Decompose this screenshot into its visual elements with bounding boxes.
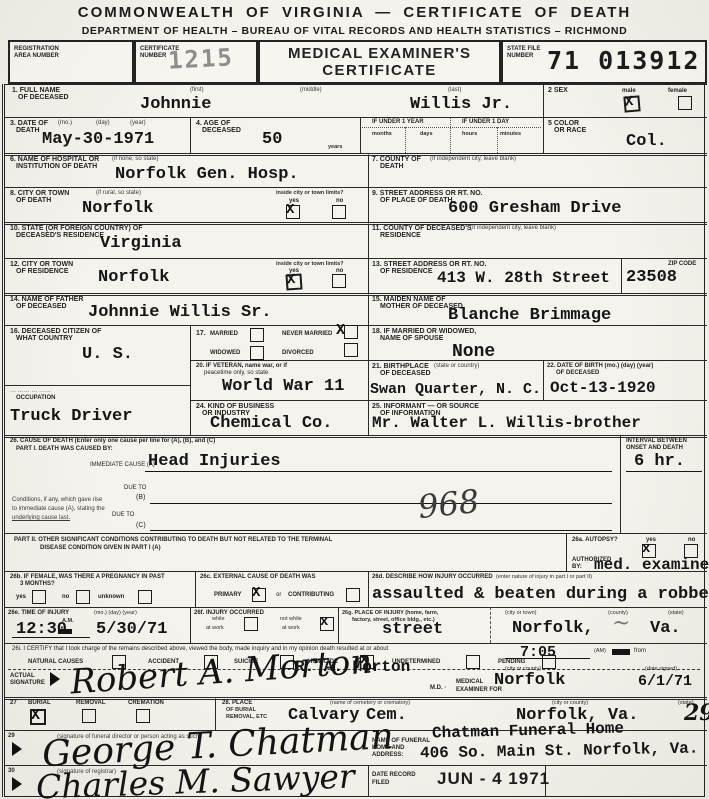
authorized-by-value: med. examiner (594, 556, 709, 574)
date-filed-label2: FILED (372, 780, 389, 786)
state-file-label: STATE FILE (507, 46, 540, 52)
business-label: 24. KIND OF BUSINESS (196, 403, 274, 410)
funeral-home-label3: ADDRESS: (372, 752, 403, 758)
primary-checkbox: X (252, 588, 266, 602)
informant-value: Mr. Walter L. Willis-brother (372, 414, 641, 432)
hospital-label: 6. NAME OF HOSPITAL OR (10, 156, 99, 163)
interval-line (626, 471, 702, 472)
hours-label: hours (462, 131, 477, 137)
burial-checkbox: X (30, 709, 46, 725)
spouse-value: None (452, 342, 495, 362)
removal-label: REMOVAL (76, 700, 106, 706)
registrar-number: 30 (8, 768, 15, 774)
date-signed-hint: (date signed) (645, 666, 677, 672)
registrar-arrow-icon (12, 777, 22, 791)
state-residence-label: 10. STATE (OR FOREIGN COUNTRY) OF (10, 225, 142, 232)
street-death-value: 600 Gresham Drive (448, 199, 621, 218)
time-ampm: A.M. (62, 618, 74, 624)
handwritten-968: 968 (416, 482, 481, 526)
last-hint: (last) (448, 87, 461, 93)
county-residence-label: 11. COUNTY OF DECEASED'S (372, 225, 472, 232)
city-death-limits-label: inside city or town limits? (276, 190, 344, 196)
female-label: female (668, 88, 687, 94)
how-injury-hint: (enter nature of injury in part I or par… (496, 574, 592, 580)
part2-label2: DISEASE CONDITION GIVEN IN PART I (A) (40, 545, 161, 551)
age-unit-label: years (328, 144, 342, 150)
county-death-label2: DEATH (380, 163, 404, 170)
last-name-value: Willis Jr. (410, 95, 512, 114)
part1-label: PART I. DEATH WAS CAUSED BY: (16, 446, 113, 452)
interval-label: INTERVAL BETWEEN (626, 438, 687, 444)
informant-label: 25. INFORMANT — OR SOURCE (372, 403, 479, 410)
autopsy-no-label: no (688, 537, 695, 543)
conditions-text-3: underlying cause last. (12, 515, 70, 521)
zip-value: 23508 (626, 268, 677, 287)
death-certificate-document: COMMONWEALTH OF VIRGINIA — CERTIFICATE O… (0, 0, 709, 799)
married-checkbox (250, 328, 264, 342)
date-of-birth-value: Oct-13-1920 (550, 379, 656, 397)
occupation-value: Truck Driver (10, 407, 132, 426)
father-value: Johnnie Willis Sr. (88, 303, 272, 322)
pending-label: PENDING (498, 659, 525, 665)
injury-county-squiggle: ~ (612, 611, 630, 636)
hours-minutes-divider (497, 127, 498, 153)
place-of-injury-label: 26g. PLACE OF INJURY (home, farm, (342, 610, 438, 616)
interval-value: 6 hr. (634, 452, 685, 471)
full-name-label2: OF DECEASED (18, 94, 69, 101)
hospital-value: Norfolk Gen. Hosp. (115, 165, 299, 184)
time-of-injury-hint: (mo.) (day) (year) (94, 610, 137, 616)
date-signed-value: 6/1/71 (638, 673, 692, 690)
citizen-value: U. S. (82, 345, 133, 364)
married-label: MARRIED (210, 331, 238, 337)
cremation-checkbox (136, 709, 150, 723)
page-title: COMMONWEALTH OF VIRGINIA — CERTIFICATE O… (0, 4, 709, 21)
cremation-label: CREMATION (128, 700, 164, 706)
interval-column-rule (620, 435, 621, 533)
funeral-director-arrow-icon (12, 742, 22, 756)
immediate-cause-label: IMMEDIATE CAUSE (A) (90, 462, 155, 468)
how-injury-label: 26d. DESCRIBE HOW INJURY OCCURRED (372, 574, 493, 580)
age-label: 4. AGE OF (196, 120, 230, 127)
veteran-label: 20. IF VETERAN, name war, or if (196, 363, 287, 369)
conditions-text-2: to immediate cause (A), stating the (12, 506, 105, 512)
city-death-yes-checkbox: X (286, 205, 300, 219)
age-label2: DECEASED (202, 127, 241, 134)
form-title-line1: MEDICAL EXAMINER'S (258, 45, 501, 62)
not-at-work-checkbox: x (320, 617, 334, 631)
city-residence-label: 12. CITY OR TOWN (10, 261, 73, 268)
place-of-burial-label3: REMOVAL, ETC (226, 714, 267, 720)
form-title-line2: CERTIFICATE (258, 62, 501, 79)
primary-label: PRIMARY (214, 592, 241, 598)
birthplace-value: Swan Quarter, N. C. (370, 381, 541, 398)
place-of-burial-label: 28. PLACE (222, 700, 252, 706)
under-day-label: IF UNDER 1 DAY (462, 119, 509, 125)
first-name-value: Johnnie (140, 95, 211, 114)
injury-state-value: Va. (650, 619, 681, 638)
widowed-label: WIDOWED (210, 350, 240, 356)
date-of-death-label: 3. DATE OF (10, 120, 48, 127)
pregnancy-no-label: no (62, 594, 69, 600)
autopsy-label: 26a. AUTOPSY? (572, 537, 618, 543)
external-cause-label: 26c. EXTERNAL CAUSE OF DEATH WAS (200, 574, 315, 580)
street-residence-label2: OF RESIDENCE (380, 268, 433, 275)
dod-year-hint: (year) (130, 120, 146, 126)
marital-number: 17. (196, 330, 206, 337)
zip-label: ZIP CODE (668, 261, 696, 267)
county-death-label: 7. COUNTY OF (372, 156, 421, 163)
injury-state-hint: (state) (668, 610, 684, 616)
pregnancy-label: 26b. IF FEMALE, WAS THERE A PREGNANCY IN… (10, 574, 165, 580)
birthplace-hint: (state or country) (434, 363, 479, 369)
county-residence-label2: RESIDENCE (380, 232, 421, 239)
pregnancy-unknown-checkbox (138, 590, 152, 604)
city-residence-no-checkbox (332, 274, 346, 288)
pregnancy-yes-checkbox (32, 590, 46, 604)
state-residence-label2: DECEASED'S RESIDENCE (16, 232, 104, 239)
funeral-home-label: NAME OF FUNERAL (372, 738, 430, 744)
city-residence-yes-mark: X (286, 272, 296, 289)
city-death-label2: OF DEATH (16, 197, 51, 204)
cause-a-line (145, 471, 612, 472)
dod-day-hint: (day) (96, 120, 110, 126)
place-of-injury-value: street (382, 620, 443, 639)
veteran-label2: peacetime only, so state (204, 370, 268, 376)
signature-arrow-icon (50, 672, 60, 686)
contributing-checkbox (346, 588, 360, 602)
city-residence-limits-label: inside city or town limits? (276, 261, 344, 267)
state-residence-value: Virginia (100, 234, 182, 253)
date-of-birth-label: 22. DATE OF BIRTH (mo.) (day) (year) (547, 363, 653, 369)
while-at-work-label: at work (206, 625, 224, 631)
cause-c-label: (C) (136, 522, 146, 529)
spouse-label: 18. IF MARRIED OR WIDOWED, (372, 328, 476, 335)
male-check-mark: X (624, 94, 634, 111)
actual-signature-label2: SIGNATURE (10, 680, 45, 686)
days-label: days (420, 131, 433, 137)
city-death-label: 8. CITY OR TOWN (10, 190, 69, 197)
primary-mark: X (252, 585, 260, 601)
while-label: while (212, 616, 225, 622)
under-year-label: IF UNDER 1 YEAR (372, 119, 424, 125)
md-label: M.D. · (430, 685, 446, 691)
minutes-label: minutes (500, 131, 521, 137)
date-of-death-label2: DEATH (16, 127, 40, 134)
street-residence-label: 13. STREET ADDRESS OR RT. NO. (372, 261, 486, 268)
occupation-faint-text: … …… … …… (10, 388, 51, 394)
pregnancy-no-checkbox (76, 590, 90, 604)
year-day-divider (450, 118, 451, 153)
county-death-hint: (If independent city, leave blank) (430, 156, 516, 162)
street-death-label2: OF PLACE OF DEATH (380, 197, 453, 204)
funeral-director-number: 29 (8, 733, 15, 739)
birthplace-label2: OF DECEASED (380, 370, 431, 377)
spouse-label2: NAME OF SPOUSE (380, 335, 443, 342)
conditions-text-1: Conditions, if any, which gave rise (12, 497, 102, 503)
not-at-work-label: at work (282, 625, 300, 631)
interval-label2: ONSET AND DEATH (626, 445, 683, 451)
date-filed-label: DATE RECORD (372, 772, 416, 778)
pending-checkbox (542, 655, 556, 669)
date-of-birth-label2: OF DECEASED (556, 370, 599, 376)
first-hint: (first) (190, 87, 204, 93)
never-married-checkbox: X (344, 325, 358, 339)
dod-mo-hint: (mo.) (58, 120, 72, 126)
city-death-hint: (if rural, so state) (96, 190, 141, 196)
city-death-no-label: no (336, 198, 343, 204)
actual-signature-label: ACTUAL (10, 673, 35, 679)
undetermined-checkbox (466, 655, 480, 669)
or-label: or (276, 592, 281, 598)
never-married-mark: X (336, 322, 345, 339)
page-subtitle: DEPARTMENT OF HEALTH – BUREAU OF VITAL R… (0, 25, 709, 37)
disposition-number: 27 (10, 700, 17, 706)
registration-area-label: REGISTRATION (14, 46, 59, 52)
at-work-checkbox (244, 617, 258, 631)
from-label: from (634, 648, 646, 654)
registration-area-label2: AREA NUMBER (14, 53, 59, 59)
time-of-injury-label: 26e. TIME OF INJURY (8, 610, 69, 616)
female-checkbox (678, 96, 692, 110)
burial-mark: X (31, 707, 40, 724)
part2-label: PART II. OTHER SIGNIFICANT CONDITIONS CO… (14, 537, 332, 543)
date-filed-left-rule (368, 765, 369, 797)
months-label: months (372, 131, 392, 137)
birthplace-label: 21. BIRTHPLACE (372, 363, 429, 370)
cause-a-value: Head Injuries (148, 452, 281, 471)
injury-occurred-label: 26f. INJURY OCCURRED (194, 610, 264, 616)
color-race-label2: OR RACE (554, 127, 586, 134)
am-label: (AM) (594, 648, 606, 654)
place-of-burial-label2: OF BURIAL (226, 707, 256, 713)
never-married-label: NEVER MARRIED (282, 331, 332, 337)
city-residence-label2: OF RESIDENCE (16, 268, 69, 275)
occupation-label: OCCUPATION (16, 395, 55, 401)
due-to-label-1: DUE TO (124, 485, 146, 491)
age-value: 50 (262, 130, 282, 149)
how-injury-value: assaulted & beaten during a robbery (372, 585, 709, 604)
left-double-rule (2, 84, 3, 797)
cause-of-death-label: 26. CAUSE OF DEATH (Enter only one cause… (10, 438, 215, 444)
burial-label: BURIAL (28, 700, 51, 706)
citizen-label2: WHAT COUNTRY (16, 335, 73, 342)
time-ampm-smudge (58, 629, 72, 634)
cause-b-line (150, 503, 612, 504)
color-race-label: 5 COLOR (548, 120, 579, 127)
time-of-injury-line (12, 637, 90, 638)
street-residence-value: 413 W. 28th Street (437, 269, 610, 287)
mother-label: 15. MAIDEN NAME OF (372, 296, 446, 303)
authorized-label2: BY: (572, 564, 582, 570)
handwritten-29: 29 (684, 700, 709, 726)
months-days-divider (405, 127, 406, 153)
under-year-dotted-line (362, 127, 541, 128)
hospital-hint: (if none, so state) (112, 156, 158, 162)
examiner-city-value: Norfolk (494, 671, 565, 690)
county-residence-hint: (If independent city, leave blank) (470, 225, 556, 231)
male-checkbox: X (623, 95, 640, 112)
not-at-work-mark: x (320, 614, 328, 630)
divorced-label: DIVORCED (282, 350, 314, 356)
state-file-number-stamp: 71 013912 (547, 46, 700, 75)
male-label: male (622, 88, 636, 94)
full-name-label: 1. FULL NAME (12, 87, 60, 94)
mother-value: Blanche Brimmage (448, 306, 611, 325)
injury-city-hint: (city or town) (505, 610, 536, 616)
contributing-label: CONTRIBUTING (288, 592, 334, 598)
due-to-label-2: DUE TO (112, 512, 134, 518)
state-file-label2: NUMBER (507, 53, 533, 59)
city-residence-value: Norfolk (98, 268, 169, 287)
citizen-label: 16. DECEASED CITIZEN OF (10, 328, 101, 335)
father-label: 14. NAME OF FATHER (10, 296, 83, 303)
widowed-checkbox (250, 346, 264, 360)
medical-examiner-label: MEDICAL (456, 679, 483, 685)
cause-b-label: (B) (136, 494, 145, 501)
certificate-number-label2: NUMBER (140, 53, 166, 59)
middle-hint: (middle) (300, 87, 322, 93)
city-death-no-checkbox (332, 205, 346, 219)
removal-checkbox (82, 709, 96, 723)
autopsy-yes-mark: x (642, 541, 650, 557)
pregnancy-label2: 3 MONTHS? (20, 581, 55, 587)
certificate-number-stamp: 1215 (167, 43, 234, 74)
color-race-value: Col. (626, 132, 667, 151)
not-while-label: not while (280, 616, 302, 622)
pm-redaction (612, 649, 630, 655)
pregnancy-yes-label: yes (16, 594, 26, 600)
pregnancy-unknown-label: unknown (98, 594, 124, 600)
city-death-value: Norfolk (82, 199, 153, 218)
city-death-yes-mark: X (286, 202, 294, 218)
divorced-checkbox (344, 343, 358, 357)
street-death-label: 9. STREET ADDRESS OR RT. NO. (372, 190, 483, 197)
date-of-injury-value: 5/30/71 (96, 620, 167, 639)
business-value: Chemical Co. (210, 414, 332, 433)
injury-city-value: Norfolk, (512, 619, 594, 638)
cause-c-line (150, 530, 612, 531)
date-of-death-value: May-30-1971 (42, 130, 154, 149)
date-filed-stamp: JUN - 4 1971 (437, 769, 550, 789)
hospital-label2: INSTITUTION OF DEATH (16, 163, 97, 170)
veteran-value: World War 11 (222, 377, 344, 396)
city-residence-yes-checkbox: X (285, 273, 302, 290)
sex-label: 2 SEX (548, 87, 568, 94)
funeral-home-label2: HOME AND (372, 745, 404, 751)
father-label2: OF DECEASED (16, 303, 67, 310)
